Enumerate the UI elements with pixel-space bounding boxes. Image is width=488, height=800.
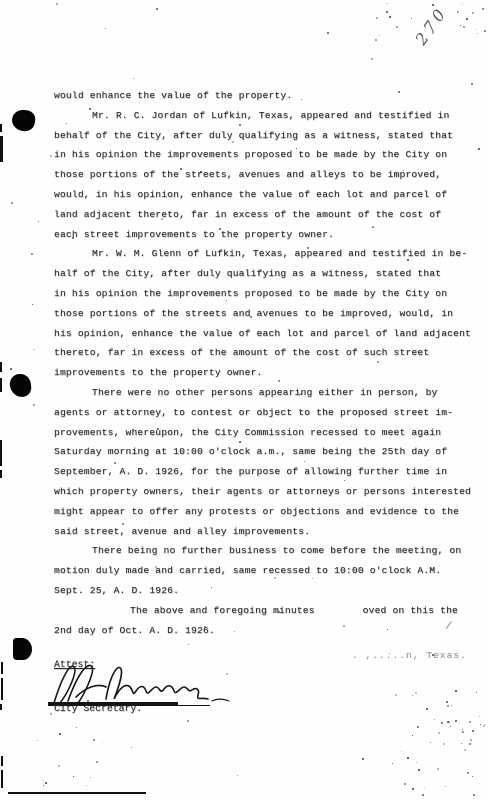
noise-dot [58, 765, 60, 767]
noise-dot [93, 739, 95, 741]
noise-dot [386, 3, 387, 4]
noise-dot [131, 747, 132, 748]
ink-blob [11, 109, 37, 133]
noise-dot [437, 768, 439, 770]
noise-dot [463, 26, 465, 28]
noise-dot [472, 776, 473, 777]
noise-dot [472, 730, 474, 732]
scan-edge-mark [1, 756, 3, 766]
noise-dot [467, 772, 469, 774]
noise-dot [471, 83, 473, 85]
noise-dot [237, 775, 238, 776]
noise-dot [45, 782, 47, 784]
document-line: half of the City, after duly qualifying … [54, 264, 458, 284]
noise-dot [412, 735, 413, 736]
ink-blob [9, 373, 32, 398]
noise-dot [466, 18, 468, 20]
noise-dot [438, 732, 440, 734]
document-line: would enhance the value of the property. [54, 86, 458, 106]
noise-dot [447, 705, 449, 707]
noise-dot [434, 719, 435, 720]
noise-dot [418, 769, 420, 771]
noise-dot [73, 776, 74, 777]
document-line: in his opinion the improvements proposed… [54, 284, 458, 304]
noise-dot [76, 727, 77, 728]
scan-edge-mark [0, 136, 3, 162]
scan-edge-mark [0, 124, 2, 132]
noise-dot [483, 725, 485, 727]
noise-dot [461, 743, 462, 744]
noise-dot [327, 32, 329, 34]
noise-dot [464, 749, 466, 751]
noise-dot [448, 721, 450, 723]
noise-dot [37, 740, 38, 741]
noise-dot [447, 721, 449, 723]
noise-dot [105, 28, 106, 29]
noise-dot [392, 763, 393, 764]
noise-dot [401, 751, 402, 752]
noise-dot [470, 739, 472, 741]
noise-dot [478, 148, 480, 150]
noise-dot [476, 692, 477, 693]
document-line: The above and foregoing minutesoved on t… [54, 601, 458, 621]
noise-dot [469, 721, 471, 723]
document-line: his opinion, enhance the value of each l… [54, 324, 458, 344]
scan-edge-mark [0, 362, 2, 372]
noise-dot [457, 11, 459, 13]
document-line: There were no other persons appearing ei… [54, 383, 458, 403]
document-line: improvements to the property owner. [54, 363, 458, 383]
noise-dot [426, 708, 428, 710]
document-line: motion duly made and carried, same reces… [54, 561, 458, 581]
secretary-title: City Secretary. [54, 703, 142, 714]
noise-dot [362, 758, 364, 760]
noise-dot [386, 11, 388, 13]
noise-dot [56, 3, 58, 5]
noise-dot [422, 794, 424, 796]
noise-dot [86, 785, 87, 786]
noise-dot [396, 26, 398, 28]
noise-dot [416, 762, 417, 763]
noise-dot [479, 716, 480, 717]
noise-dot [38, 221, 39, 222]
noise-dot [462, 4, 463, 5]
noise-dot [446, 701, 448, 703]
noise-dot [10, 368, 12, 370]
noise-dot [96, 761, 98, 763]
document-line: Mr. R. C. Jordan of Lufkin, Texas, appea… [54, 106, 458, 126]
noise-dot [156, 8, 158, 10]
noise-dot [376, 17, 378, 19]
noise-dot [404, 783, 406, 785]
document-line: agents or attorney, to contest or object… [54, 403, 458, 423]
document-line: 2nd day of Oct. A. D. 1926. [54, 621, 458, 641]
noise-dot [484, 30, 486, 32]
noise-dot [443, 743, 445, 745]
noise-dot [415, 692, 417, 694]
noise-dot [407, 757, 409, 759]
document-line: which property owners, their agents or a… [54, 482, 458, 502]
document-lines: would enhance the value of the property.… [54, 86, 458, 640]
scan-edge-mark [0, 470, 2, 478]
scan-edge-mark [0, 378, 2, 392]
noise-dot [480, 724, 481, 725]
document-line: Sept. 25, A. D. 1926. [54, 581, 458, 601]
document-line: land adjacent thereto, far in excess of … [54, 205, 458, 225]
noise-dot [395, 694, 397, 696]
noise-dot [188, 644, 189, 645]
ink-blob [13, 638, 32, 660]
place-line-faint: . ,.....n, Texas. [352, 650, 467, 661]
document-line: September, A. D. 1926, for the purpose o… [54, 462, 458, 482]
document-line: Saturday morning at 10:00 o'clock a.m., … [54, 442, 458, 462]
document-line: would, in his opinion, enhance the value… [54, 185, 458, 205]
document-line: behalf of the City, after duly qualifyin… [54, 126, 458, 146]
noise-dot [34, 349, 35, 350]
document-line: There being no further business to come … [54, 541, 458, 561]
document-line: provements, whereupon, the City Commissi… [54, 423, 458, 443]
noise-dot [90, 777, 91, 778]
noise-dot [133, 78, 134, 79]
noise-dot [412, 695, 413, 696]
scan-edge-line [8, 792, 146, 794]
noise-dot [375, 39, 377, 41]
noise-dot [430, 742, 431, 743]
noise-dot [11, 202, 13, 204]
document-line: those portions of the streets, avenues a… [54, 165, 458, 185]
noise-dot [102, 742, 103, 743]
noise-dot [445, 786, 446, 787]
noise-dot [462, 729, 463, 730]
noise-dot [187, 720, 189, 722]
document-line: thereto, far in excess of the amount of … [54, 343, 458, 363]
scan-edge-mark [1, 770, 3, 788]
noise-dot [482, 8, 484, 10]
document-line: said street, avenue and alley improvemen… [54, 522, 458, 542]
noise-dot [389, 16, 391, 18]
noise-dot [485, 724, 486, 725]
noise-dot [59, 733, 61, 735]
noise-dot [33, 404, 35, 406]
noise-dot [462, 731, 464, 733]
noise-dot [50, 713, 52, 715]
noise-dot [476, 29, 477, 30]
noise-dot [441, 722, 443, 724]
noise-dot [31, 253, 33, 255]
noise-dot [451, 705, 452, 706]
noise-dot [460, 25, 461, 26]
noise-dot [469, 743, 471, 745]
noise-dot [50, 155, 52, 157]
noise-dot [412, 788, 414, 790]
noise-dot [379, 35, 380, 36]
noise-dot [450, 726, 451, 727]
noise-dot [424, 787, 425, 788]
noise-dot [43, 785, 44, 786]
document-page: 270 would enhance the value of the prope… [0, 0, 488, 800]
noise-dot [371, 58, 373, 60]
noise-dot [455, 690, 457, 692]
scan-edge-mark [0, 704, 2, 710]
document-line: those portions of the streets and avenue… [54, 304, 458, 324]
noise-dot [473, 730, 474, 731]
noise-dot [411, 18, 412, 19]
page-number-handwritten: 270 [411, 3, 451, 49]
scanned-minutes-page: { "document": { "page_number": "270", "l… [0, 0, 488, 800]
noise-dot [32, 304, 33, 305]
noise-dot [417, 726, 419, 728]
noise-dot [43, 780, 44, 781]
noise-dot [472, 12, 474, 14]
noise-dot [477, 33, 478, 34]
noise-dot [473, 794, 475, 796]
noise-dot [455, 720, 457, 722]
scan-edge-mark [1, 678, 3, 700]
scan-edge-mark [1, 662, 3, 674]
document-line: in his opinion the improvements proposed… [54, 145, 458, 165]
document-line: Mr. W. M. Glenn of Lufkin, Texas, appear… [54, 244, 458, 264]
document-line: each street improvements to the property… [54, 225, 458, 245]
scan-edge-mark [0, 440, 2, 466]
document-line: might appear to offer any protests or ob… [54, 502, 458, 522]
